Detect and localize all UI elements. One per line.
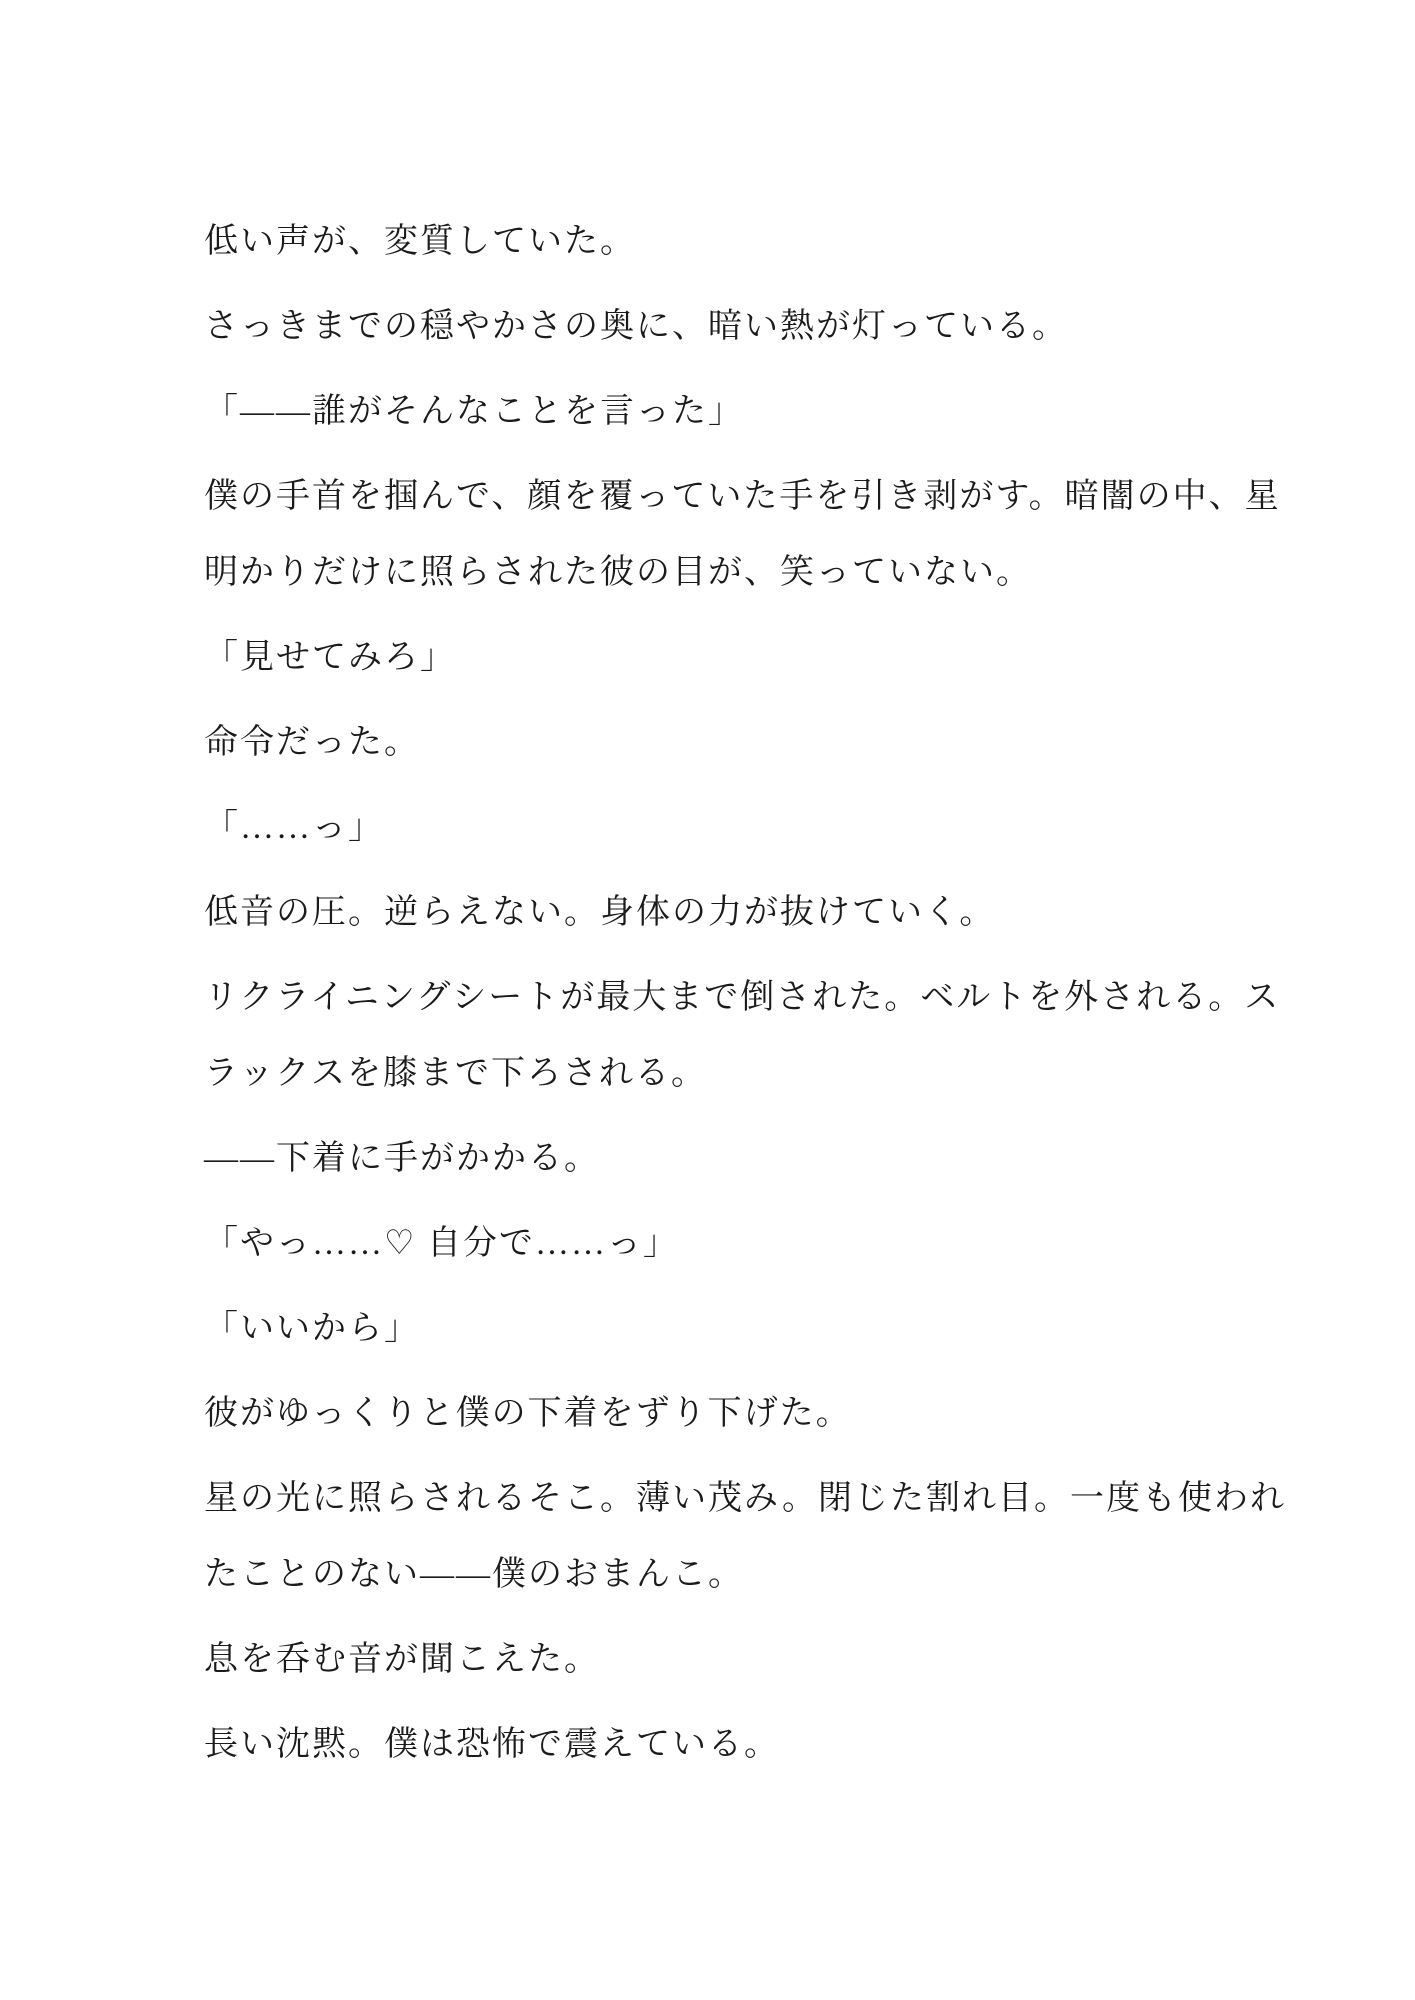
paragraph: 息を呑む音が聞こえた。 xyxy=(204,1622,1288,1698)
paragraph: 星の光に照らされるそこ。薄い茂み。閉じた割れ目。一度も使われたことのない――僕の… xyxy=(204,1461,1288,1613)
paragraph: 低音の圧。逆らえない。身体の力が抜けていく。 xyxy=(204,875,1288,951)
paragraph: 低い声が、変質していた。 xyxy=(204,204,1288,280)
paragraph-dialogue: 「――誰がそんなことを言った」 xyxy=(204,374,1288,450)
paragraph: さっきまでの穏やかさの奥に、暗い熱が灯っている。 xyxy=(204,289,1288,365)
paragraph: 彼がゆっくりと僕の下着をずり下げた。 xyxy=(204,1376,1288,1452)
paragraph-dialogue: 「いいから」 xyxy=(204,1291,1288,1367)
paragraph-dialogue: 「やっ……♡ 自分で……っ」 xyxy=(204,1206,1288,1282)
paragraph: ――下着に手がかかる。 xyxy=(204,1121,1288,1197)
document-page: 低い声が、変質していた。 さっきまでの穏やかさの奥に、暗い熱が灯っている。 「―… xyxy=(0,0,1415,2000)
paragraph-dialogue: 「見せてみろ」 xyxy=(204,620,1288,696)
paragraph-dialogue: 「……っ」 xyxy=(204,790,1288,866)
paragraph: リクライニングシートが最大まで倒された。ベルトを外される。スラックスを膝まで下ろ… xyxy=(204,960,1288,1112)
text-column: 低い声が、変質していた。 さっきまでの穏やかさの奥に、暗い熱が灯っている。 「―… xyxy=(204,204,1288,1783)
paragraph: 長い沈黙。僕は恐怖で震えている。 xyxy=(204,1707,1288,1783)
paragraph: 僕の手首を掴んで、顔を覆っていた手を引き剥がす。暗闇の中、星明かりだけに照らされ… xyxy=(204,459,1288,611)
paragraph: 命令だった。 xyxy=(204,705,1288,781)
